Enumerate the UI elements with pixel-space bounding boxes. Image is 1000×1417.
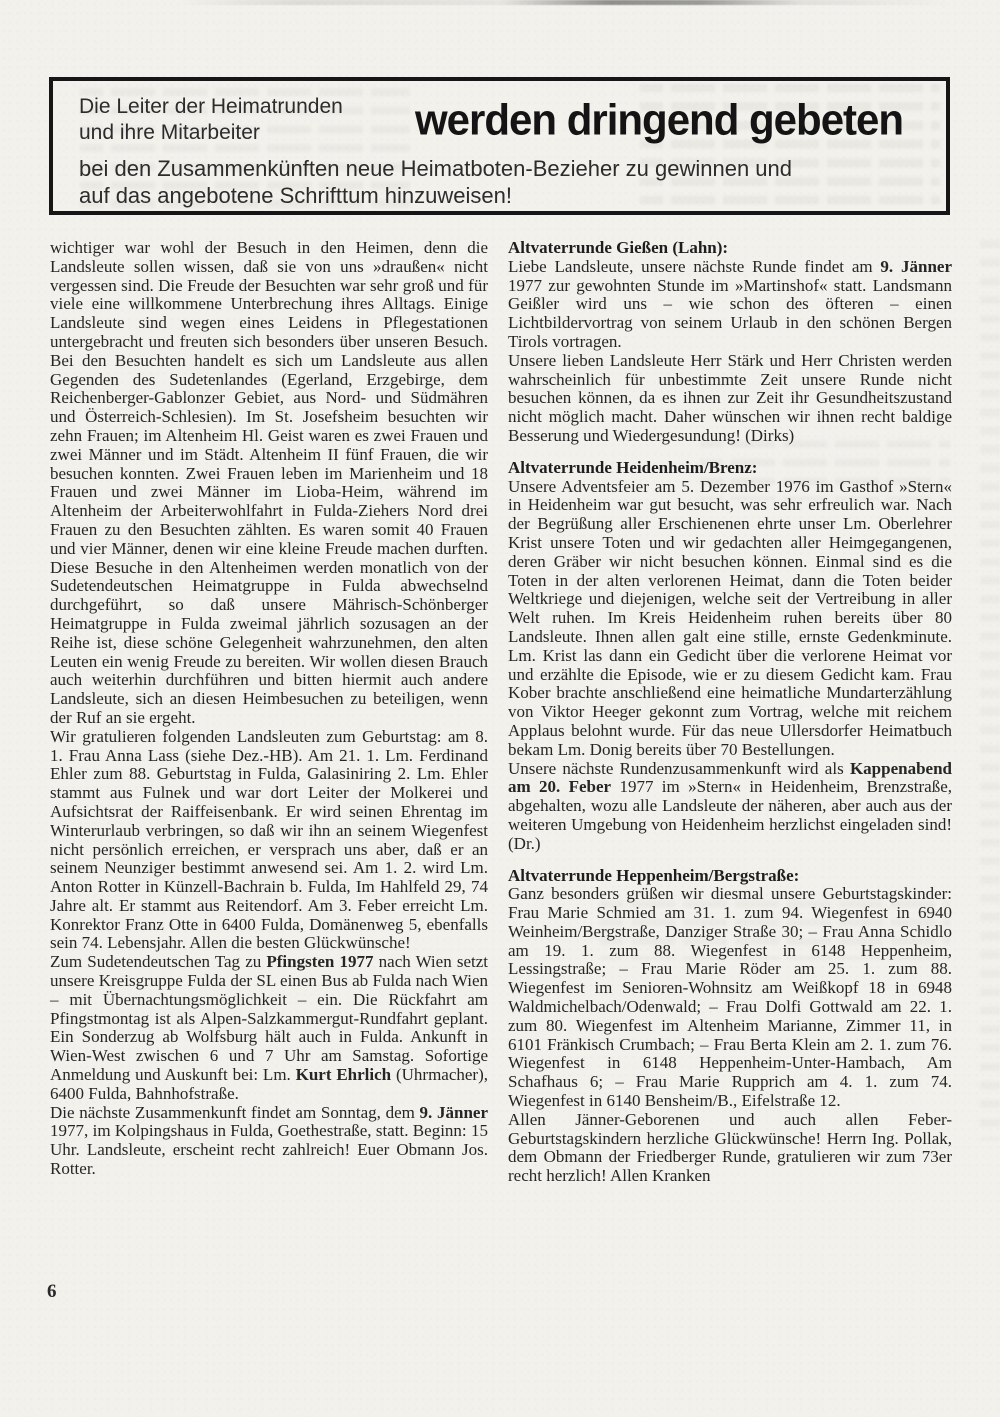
notice-box: Die Leiter der Heimatrunden und ihre Mit… (49, 77, 950, 215)
notice-body-line2: auf das angebotene Schrifttum hinzuweise… (79, 182, 926, 209)
right-column: Altvaterrunde Gießen (Lahn):Liebe Landsl… (508, 239, 952, 1186)
scan-smudge (0, 0, 1000, 5)
section-heading: Altvaterrunde Heppenheim/Bergstraße: (508, 867, 952, 886)
paragraph: Zum Sudetendeutschen Tag zu Pfingsten 19… (50, 953, 488, 1103)
notice-body-line1: bei den Zusammenkünften neue Heimatboten… (79, 155, 926, 182)
bleed-through-text (980, 240, 1000, 1140)
paragraph: Die nächste Zusammenkunft findet am Sonn… (50, 1104, 488, 1179)
notice-intro-line1: Die Leiter der Heimatrunden (79, 94, 415, 120)
page-number: 6 (47, 1281, 57, 1303)
left-column: wichtiger war wohl der Besuch in den Hei… (50, 239, 488, 1179)
paragraph: Liebe Landsleute, unsere nächste Runde f… (508, 258, 952, 352)
paragraph: Wir gratulieren folgenden Landsleuten zu… (50, 728, 488, 954)
section-heading: Altvaterrunde Gießen (Lahn): (508, 239, 952, 258)
notice-body: bei den Zusammenkünften neue Heimatboten… (79, 155, 926, 209)
paragraph: Unsere nächste Rundenzusammenkunft wird … (508, 760, 952, 854)
newsletter-page: Die Leiter der Heimatrunden und ihre Mit… (0, 0, 1000, 1417)
paragraph: Allen Jänner-Geborenen und auch allen Fe… (508, 1111, 952, 1186)
paragraph: wichtiger war wohl der Besuch in den Hei… (50, 239, 488, 728)
notice-intro: Die Leiter der Heimatrunden und ihre Mit… (79, 94, 415, 146)
notice-headline: werden dringend gebeten (415, 95, 903, 145)
notice-intro-line2: und ihre Mitarbeiter (79, 120, 415, 146)
paragraph: Unsere lieben Landsleute Herr Stärk und … (508, 352, 952, 446)
paragraph: Unsere Adventsfeier am 5. Dezember 1976 … (508, 478, 952, 760)
section-heading: Altvaterrunde Heidenheim/Brenz: (508, 459, 952, 478)
paragraph: Ganz besonders grüßen wir diesmal unsere… (508, 885, 952, 1111)
